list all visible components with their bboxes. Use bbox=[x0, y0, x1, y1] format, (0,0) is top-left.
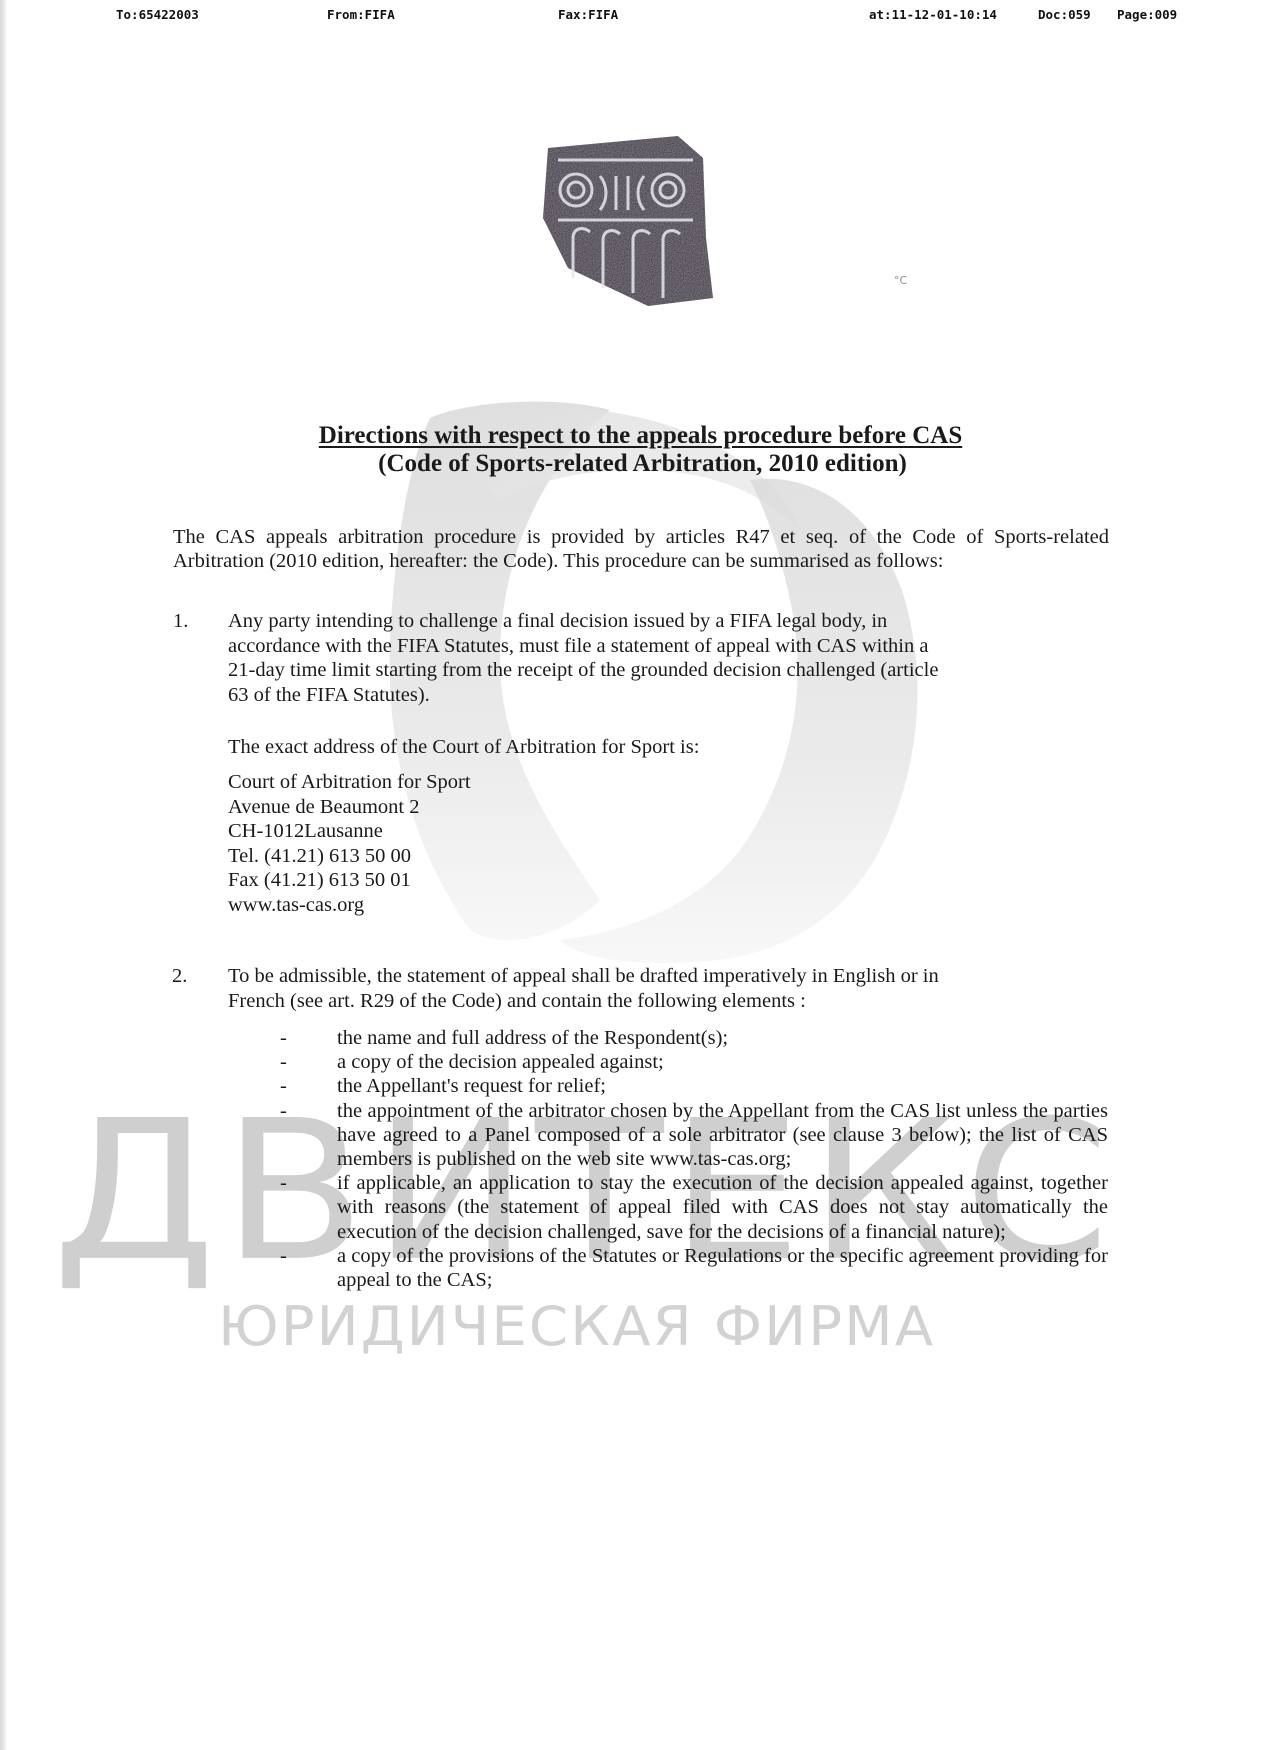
cas-address: Court of Arbitration for Sport Avenue de… bbox=[228, 770, 471, 917]
watermark-company-type: ЮРИДИЧЕСКАЯ ФИРМА bbox=[218, 1300, 935, 1354]
intro-paragraph: The CAS appeals arbitration procedure is… bbox=[173, 526, 1109, 573]
item-number: 2. bbox=[172, 964, 187, 988]
bullet-dash: - bbox=[280, 1171, 287, 1195]
bullet-dash: - bbox=[280, 1099, 287, 1123]
required-elements-list: - the name and full address of the Respo… bbox=[280, 1026, 1108, 1292]
list-item: - the name and full address of the Respo… bbox=[280, 1026, 1108, 1050]
item-2-text: To be admissible, the statement of appea… bbox=[228, 964, 1108, 1013]
fax-doc-number: Doc:059 bbox=[1038, 7, 1091, 22]
address-line: CH-1012Lausanne bbox=[228, 819, 471, 844]
list-item-text: the name and full address of the Respond… bbox=[337, 1027, 728, 1049]
address-phone: Tel. (41.21) 613 50 00 bbox=[228, 844, 471, 869]
item-1-text: Any party intending to challenge a final… bbox=[228, 609, 1108, 707]
fax-to: To:65422003 bbox=[116, 7, 199, 22]
text-line: accordance with the FIFA Statutes, must … bbox=[228, 634, 1108, 659]
list-item: - a copy of the provisions of the Statut… bbox=[280, 1244, 1108, 1292]
fax-timestamp: at:11-12-01-10:14 bbox=[869, 7, 997, 22]
logo-mark: °C bbox=[894, 274, 907, 287]
document-subtitle: (Code of Sports-related Arbitration, 201… bbox=[0, 450, 1275, 478]
fax-header: To:65422003 From:FIFA Fax:FIFA at:11-12-… bbox=[0, 4, 1275, 26]
list-item-text: if applicable, an application to stay th… bbox=[337, 1172, 1108, 1242]
list-item-text: a copy of the decision appealed against; bbox=[337, 1051, 664, 1073]
bullet-dash: - bbox=[280, 1244, 287, 1268]
fax-number: Fax:FIFA bbox=[558, 7, 618, 22]
fax-from: From:FIFA bbox=[327, 7, 395, 22]
address-line: Avenue de Beaumont 2 bbox=[228, 795, 471, 820]
scan-edge-shadow bbox=[0, 0, 6, 1750]
bullet-dash: - bbox=[280, 1026, 287, 1050]
list-item: - a copy of the decision appealed agains… bbox=[280, 1050, 1108, 1074]
item-number: 1. bbox=[173, 609, 188, 633]
text-line: Any party intending to challenge a final… bbox=[228, 609, 1108, 634]
document-title: Directions with respect to the appeals p… bbox=[313, 422, 962, 449]
list-item: - the Appellant's request for relief; bbox=[280, 1074, 1108, 1098]
list-item-text: the Appellant's request for relief; bbox=[337, 1075, 606, 1097]
text-line: To be admissible, the statement of appea… bbox=[228, 964, 1108, 989]
bullet-dash: - bbox=[280, 1050, 287, 1074]
address-website: www.tas-cas.org bbox=[228, 893, 471, 918]
fax-page-number: Page:009 bbox=[1117, 7, 1177, 22]
document-title-block: Directions with respect to the appeals p… bbox=[0, 422, 1275, 478]
address-intro: The exact address of the Court of Arbitr… bbox=[228, 736, 699, 759]
list-item: - the appointment of the arbitrator chos… bbox=[280, 1099, 1108, 1172]
bullet-dash: - bbox=[280, 1074, 287, 1098]
address-line: Court of Arbitration for Sport bbox=[228, 770, 471, 795]
ionic-column-capital-logo-icon bbox=[528, 128, 728, 326]
list-item-text: a copy of the provisions of the Statutes… bbox=[337, 1245, 1108, 1291]
list-item: - if applicable, an application to stay … bbox=[280, 1171, 1108, 1244]
text-line: 63 of the FIFA Statutes). bbox=[228, 683, 1108, 708]
text-line: French (see art. R29 of the Code) and co… bbox=[228, 989, 1108, 1014]
address-fax: Fax (41.21) 613 50 01 bbox=[228, 868, 471, 893]
list-item-text: the appointment of the arbitrator chosen… bbox=[337, 1100, 1108, 1170]
text-line: 21-day time limit starting from the rece… bbox=[228, 658, 1108, 683]
